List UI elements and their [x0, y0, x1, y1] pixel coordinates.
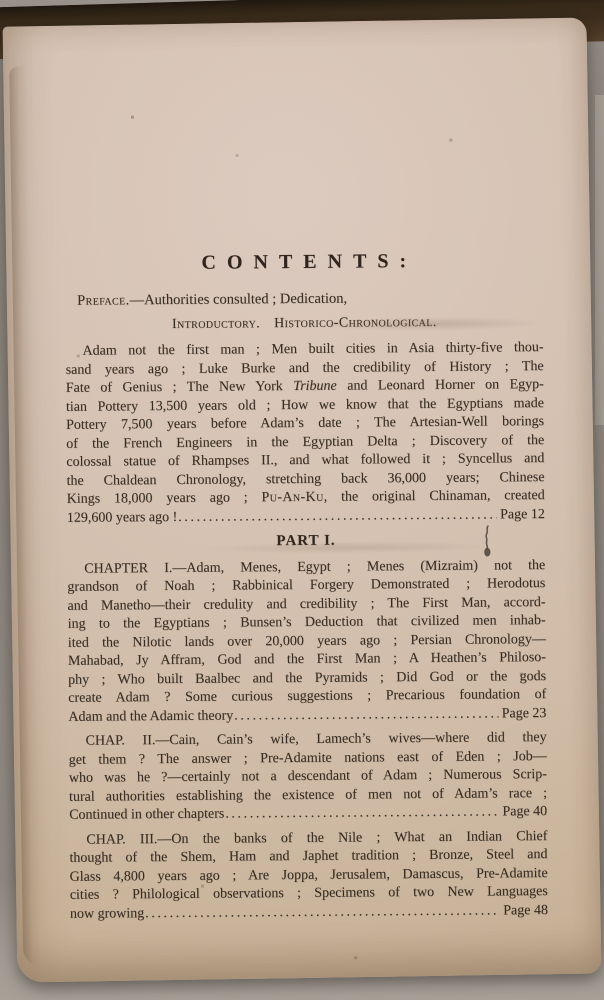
dot-leader: ........................................… [178, 506, 497, 527]
page-number-ref: Page 40 [502, 803, 547, 822]
introductory-label: Introductory. [172, 316, 260, 332]
page-number-ref: Page 12 [500, 506, 545, 525]
page-number-ref: Page 48 [503, 902, 548, 921]
page-left-curl [9, 66, 41, 966]
table-surface-highlight [595, 95, 604, 425]
toc-entry: CHAP. II.—Cain, Cain’s wife, Lamech’s wi… [69, 729, 548, 825]
part-heading: PART I. [67, 530, 545, 552]
dot-leader: ........................................… [145, 902, 500, 923]
dot-leader: ........................................… [225, 803, 499, 824]
toc-line-page: now growing.............................… [70, 902, 548, 924]
toc-line-page: Continued in other chapters.............… [69, 803, 547, 825]
dot-leader: ........................................… [234, 705, 499, 726]
toc-line-text: 129,600 years ago ! [67, 508, 178, 527]
toc-line-text: Continued in other chapters [69, 806, 224, 826]
toc-line-text: now growing [70, 905, 144, 924]
preface-label: Preface. [77, 292, 130, 308]
preface-line: Preface.—Authorities consulted ; Dedicat… [65, 288, 543, 310]
toc-line-page: Adam and the Adamic theory..............… [68, 705, 546, 727]
toc-entry: Adam not the first man ; Men built citie… [65, 339, 544, 528]
contents-text-block: CONTENTS: Preface.—Authorities consulted… [65, 248, 548, 930]
toc-line-text: Adam and the Adamic theory [68, 707, 233, 727]
preface-text: —Authorities consulted ; Dedication, [130, 291, 348, 309]
page-number-ref: Page 23 [502, 705, 547, 724]
contents-heading: CONTENTS: [65, 248, 543, 276]
historico-chronological-label: Historico-Chronological. [274, 314, 437, 330]
toc-line-page: 129,600 years ago !.....................… [67, 506, 545, 528]
ink-blot-mark [478, 525, 495, 559]
toc-entry: CHAP. III.—On the banks of the Nile ; Wh… [69, 828, 548, 924]
toc-entries: Adam not the first man ; Men built citie… [65, 339, 548, 924]
book-page: CONTENTS: Preface.—Authorities consulted… [3, 17, 602, 982]
toc-entry: CHAPTER I.—Adam, Menes, Egypt ; Menes (M… [67, 557, 546, 727]
introductory-line: Introductory.Historico-Chronological. [65, 313, 543, 335]
